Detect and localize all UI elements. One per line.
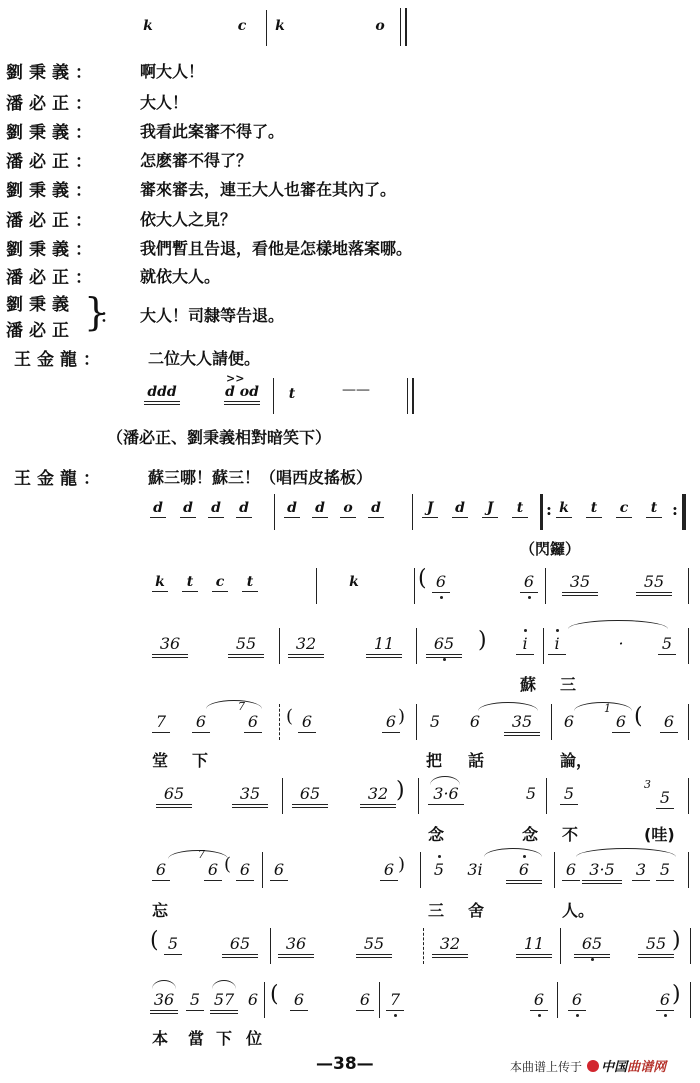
dialogue-line: 啊大人！ xyxy=(140,59,204,82)
perc-note: d xyxy=(180,500,196,518)
score-note: 6 xyxy=(568,990,586,1011)
score-note: 6 xyxy=(432,572,450,593)
repeat-start-bar xyxy=(540,494,543,530)
score-note-group: 65 xyxy=(574,934,610,958)
score-note: 5 xyxy=(426,712,444,731)
score-note-group: 55 xyxy=(356,934,392,958)
open-paren: ( xyxy=(270,982,279,1007)
score-note: 6 xyxy=(466,712,484,731)
open-paren: ( xyxy=(286,706,293,727)
watermark-site-b: 曲谱网 xyxy=(627,1060,666,1075)
dialogue-line: 我們暫且告退，看他是怎樣地落案哪。 xyxy=(140,236,412,259)
score-note-group: 36 xyxy=(150,990,178,1014)
slur xyxy=(568,620,668,629)
score-note-group: 6 xyxy=(506,860,542,884)
lyric: 念 xyxy=(428,822,444,845)
close-paren: ) xyxy=(478,628,487,653)
bar-line xyxy=(279,704,280,740)
lyric: 本 xyxy=(152,1026,168,1049)
lyric: 蘇 xyxy=(520,672,536,695)
bar-line xyxy=(688,628,689,664)
score-note: 6 xyxy=(290,990,308,1011)
dialogue-line: 蘇三哪！蘇三！（唱西皮搖板） xyxy=(148,465,372,488)
score-note: 5 xyxy=(658,634,676,655)
score-note-group: 65 xyxy=(426,634,462,658)
bar-line xyxy=(282,778,283,814)
sustain-dash: —— xyxy=(342,382,370,398)
speaker-name: 劉秉義： xyxy=(6,176,98,201)
score-note: 7 xyxy=(152,712,170,733)
score-note-group: 32 xyxy=(360,784,396,808)
score-note-group: 3·6 xyxy=(428,784,464,805)
score-note: 7 xyxy=(386,990,404,1011)
score-note-group: 32 xyxy=(432,934,468,958)
perc-note: t xyxy=(586,500,602,518)
score-note: 6 xyxy=(192,712,210,733)
perc-note: o xyxy=(340,500,356,518)
perc-note: k xyxy=(346,574,362,590)
bar-line xyxy=(551,704,552,740)
perc-note: c xyxy=(616,500,632,518)
score-note: 6 xyxy=(660,712,678,733)
bar-line xyxy=(690,982,691,1018)
dialogue-line: 我看此案審不得了。 xyxy=(140,119,284,142)
score-note: 6 xyxy=(356,990,374,1011)
bar-line xyxy=(690,928,691,964)
score-note: 6 xyxy=(380,860,398,881)
dialogue-line: 大人！ xyxy=(140,90,188,113)
bar-line xyxy=(416,704,417,740)
grace-note: 1 xyxy=(604,702,611,715)
bar-line xyxy=(420,852,421,888)
bar-line xyxy=(423,928,424,964)
slur xyxy=(212,980,236,989)
bar-line xyxy=(688,568,689,604)
bar-line xyxy=(379,982,380,1018)
score-note: 6 xyxy=(204,860,222,881)
double-bar-line xyxy=(400,8,407,46)
bar-line xyxy=(545,568,546,604)
lyric: 堂 xyxy=(152,748,168,771)
perc-note: t xyxy=(512,500,528,518)
bar-line xyxy=(316,568,317,604)
score-note: 6 xyxy=(236,860,254,881)
perc-note: d xyxy=(452,500,468,518)
bar-line xyxy=(270,928,271,964)
perc-note: t xyxy=(646,500,662,518)
bar-line xyxy=(266,10,267,46)
score-note: 5 xyxy=(430,860,448,879)
bar-line xyxy=(688,704,689,740)
lyric: 把 xyxy=(426,748,442,771)
site-logo-icon xyxy=(587,1060,599,1072)
slur xyxy=(576,848,676,857)
open-paren: ( xyxy=(150,928,159,953)
lyric: 位 xyxy=(246,1026,262,1049)
perc-note: d xyxy=(208,500,224,518)
bar-line xyxy=(560,928,561,964)
score-note-group: 36 xyxy=(152,634,188,658)
lyric: 下 xyxy=(192,748,208,771)
bar-line xyxy=(264,982,265,1018)
score-note-group: 65 xyxy=(156,784,192,808)
dialogue-line: 怎麽審不得了？ xyxy=(140,148,252,171)
score-note-group: 32 xyxy=(288,634,324,658)
bar-line xyxy=(688,852,689,888)
open-paren: ( xyxy=(418,566,427,591)
bar-line xyxy=(274,494,275,530)
bar-line xyxy=(554,852,555,888)
bar-line xyxy=(543,628,544,664)
score-note: 6 xyxy=(270,860,288,881)
lyric: 論， xyxy=(560,748,592,771)
lyric: 三 xyxy=(560,672,576,695)
colon: ： xyxy=(100,302,123,327)
perc-note: k xyxy=(140,18,156,34)
perc-note: k xyxy=(556,500,572,518)
score-note-group: 11 xyxy=(516,934,552,958)
speaker-name: 潘必正 xyxy=(6,316,75,341)
score-note-group: 3·5 xyxy=(582,860,622,884)
score-note: 6 xyxy=(562,860,580,881)
double-bar-line xyxy=(407,378,414,414)
dialogue-line: 二位大人請便。 xyxy=(148,346,260,369)
perc-note: k xyxy=(152,574,168,592)
lyric: 話 xyxy=(468,748,484,771)
stage-direction: （潘必正、劉秉義相對暗笑下） xyxy=(107,425,331,448)
score-note: i xyxy=(548,634,566,655)
watermark-prefix: 本曲谱上传于 xyxy=(510,1060,582,1074)
speaker-name: 劉秉義： xyxy=(6,58,98,83)
perc-note: J xyxy=(482,500,498,518)
open-paren: ( xyxy=(634,704,643,729)
score-note: 6 xyxy=(612,712,630,733)
score-note-group: 65 xyxy=(292,784,328,808)
perc-note: t xyxy=(242,574,258,592)
score-note: 5 xyxy=(656,860,674,881)
score-note-group: 11 xyxy=(366,634,402,658)
score-note: 5 xyxy=(560,784,578,805)
score-note-group: 55 xyxy=(636,572,672,596)
close-paren: ) xyxy=(396,778,405,803)
repeat-dots: : xyxy=(546,500,552,519)
speaker-name: 潘必正： xyxy=(6,147,98,172)
speaker-name: 王金龍： xyxy=(14,464,106,489)
speaker-name: 王金龍： xyxy=(14,345,106,370)
score-note: 6 xyxy=(560,712,578,731)
percussion-annotation: （閃鑼） xyxy=(520,538,580,559)
close-paren: ) xyxy=(398,706,405,727)
score-note-group: 57 xyxy=(210,990,238,1014)
watermark-site-a: 中国 xyxy=(601,1060,627,1075)
perc-note: d xyxy=(150,500,166,518)
perc-note: t xyxy=(284,386,300,402)
perc-note: d xyxy=(236,500,252,518)
score-note-group: 36 xyxy=(278,934,314,958)
page-number: —38— xyxy=(316,1054,374,1074)
bar-line xyxy=(546,778,547,814)
repeat-end-bar xyxy=(682,494,686,530)
perc-note: c xyxy=(212,574,228,592)
score-note: 5 xyxy=(522,784,540,803)
speaker-name: 劉秉義： xyxy=(6,235,98,260)
lyric: 不 xyxy=(562,822,578,845)
lyric: 忘 xyxy=(152,898,168,921)
speaker-name: 潘必正： xyxy=(6,89,98,114)
slur xyxy=(478,702,538,711)
score-note-group: 35 xyxy=(562,572,598,596)
score-note: 6 xyxy=(520,572,538,593)
bar-line xyxy=(414,568,415,604)
score-note: 3 xyxy=(632,860,650,881)
bar-line xyxy=(688,778,689,814)
open-paren: ( xyxy=(224,854,231,875)
speaker-name: 劉秉義： xyxy=(6,118,98,143)
score-note: 5 xyxy=(186,990,204,1011)
lyric: 舍 xyxy=(468,898,484,921)
score-note: 6 xyxy=(530,990,548,1011)
perc-group: d od xyxy=(224,384,260,405)
grace-note: 3 xyxy=(644,778,651,791)
close-paren: ) xyxy=(398,854,405,875)
perc-note: J xyxy=(422,500,438,518)
perc-group: ddd xyxy=(144,384,180,405)
bar-line xyxy=(418,778,419,814)
score-note-group: 65 xyxy=(222,934,258,958)
slur xyxy=(484,848,542,857)
bar-line xyxy=(273,378,274,414)
bar-line xyxy=(279,628,280,664)
watermark: 本曲谱上传于 中国曲谱网 xyxy=(510,1056,666,1075)
perc-note: t xyxy=(182,574,198,592)
perc-note: d xyxy=(284,500,300,518)
score-note: 5 xyxy=(164,934,182,955)
bar-line xyxy=(262,852,263,888)
speaker-name: 劉秉義 xyxy=(6,290,75,315)
perc-note: c xyxy=(234,18,250,34)
dialogue-line: 就依大人。 xyxy=(140,264,220,287)
lyric: 三 xyxy=(428,898,444,921)
perc-note: d xyxy=(312,500,328,518)
score-note: i xyxy=(516,634,534,655)
score-note: 3i xyxy=(466,860,484,879)
score-note: 6 xyxy=(152,860,170,881)
score-note: 5 xyxy=(656,788,674,809)
score-note: 6 xyxy=(298,712,316,733)
score-note-group: 35 xyxy=(232,784,268,808)
score-note: 6 xyxy=(244,990,262,1009)
slur xyxy=(574,702,632,711)
dialogue-line: 大人！司隸等告退。 xyxy=(140,303,284,326)
lyric: 念 xyxy=(522,822,538,845)
close-paren: ) xyxy=(672,982,681,1007)
perc-note: d xyxy=(368,500,384,518)
dot-extension: · xyxy=(612,634,630,653)
slur xyxy=(206,700,262,709)
dialogue-line: 審來審去，連王大人也審在其內了。 xyxy=(140,177,396,200)
bar-line xyxy=(412,494,413,530)
slur xyxy=(152,980,176,989)
dialogue-line: 依大人之見？ xyxy=(140,207,236,230)
score-note-group: 35 xyxy=(504,712,540,736)
lyric: 人。 xyxy=(562,898,594,921)
perc-note: o xyxy=(372,18,388,34)
lyric: 下 xyxy=(216,1026,232,1049)
score-note-group: 55 xyxy=(228,634,264,658)
speaker-name: 潘必正： xyxy=(6,263,98,288)
close-paren: ) xyxy=(672,928,681,953)
repeat-dots: : xyxy=(672,500,678,519)
lyric: (哇) xyxy=(644,822,675,845)
lyric: 當 xyxy=(188,1026,204,1049)
score-note: 6 xyxy=(244,712,262,733)
perc-note: k xyxy=(272,18,288,34)
speaker-name: 潘必正： xyxy=(6,206,98,231)
bar-line xyxy=(416,628,417,664)
score-note-group: 55 xyxy=(638,934,674,958)
bar-line xyxy=(557,982,558,1018)
